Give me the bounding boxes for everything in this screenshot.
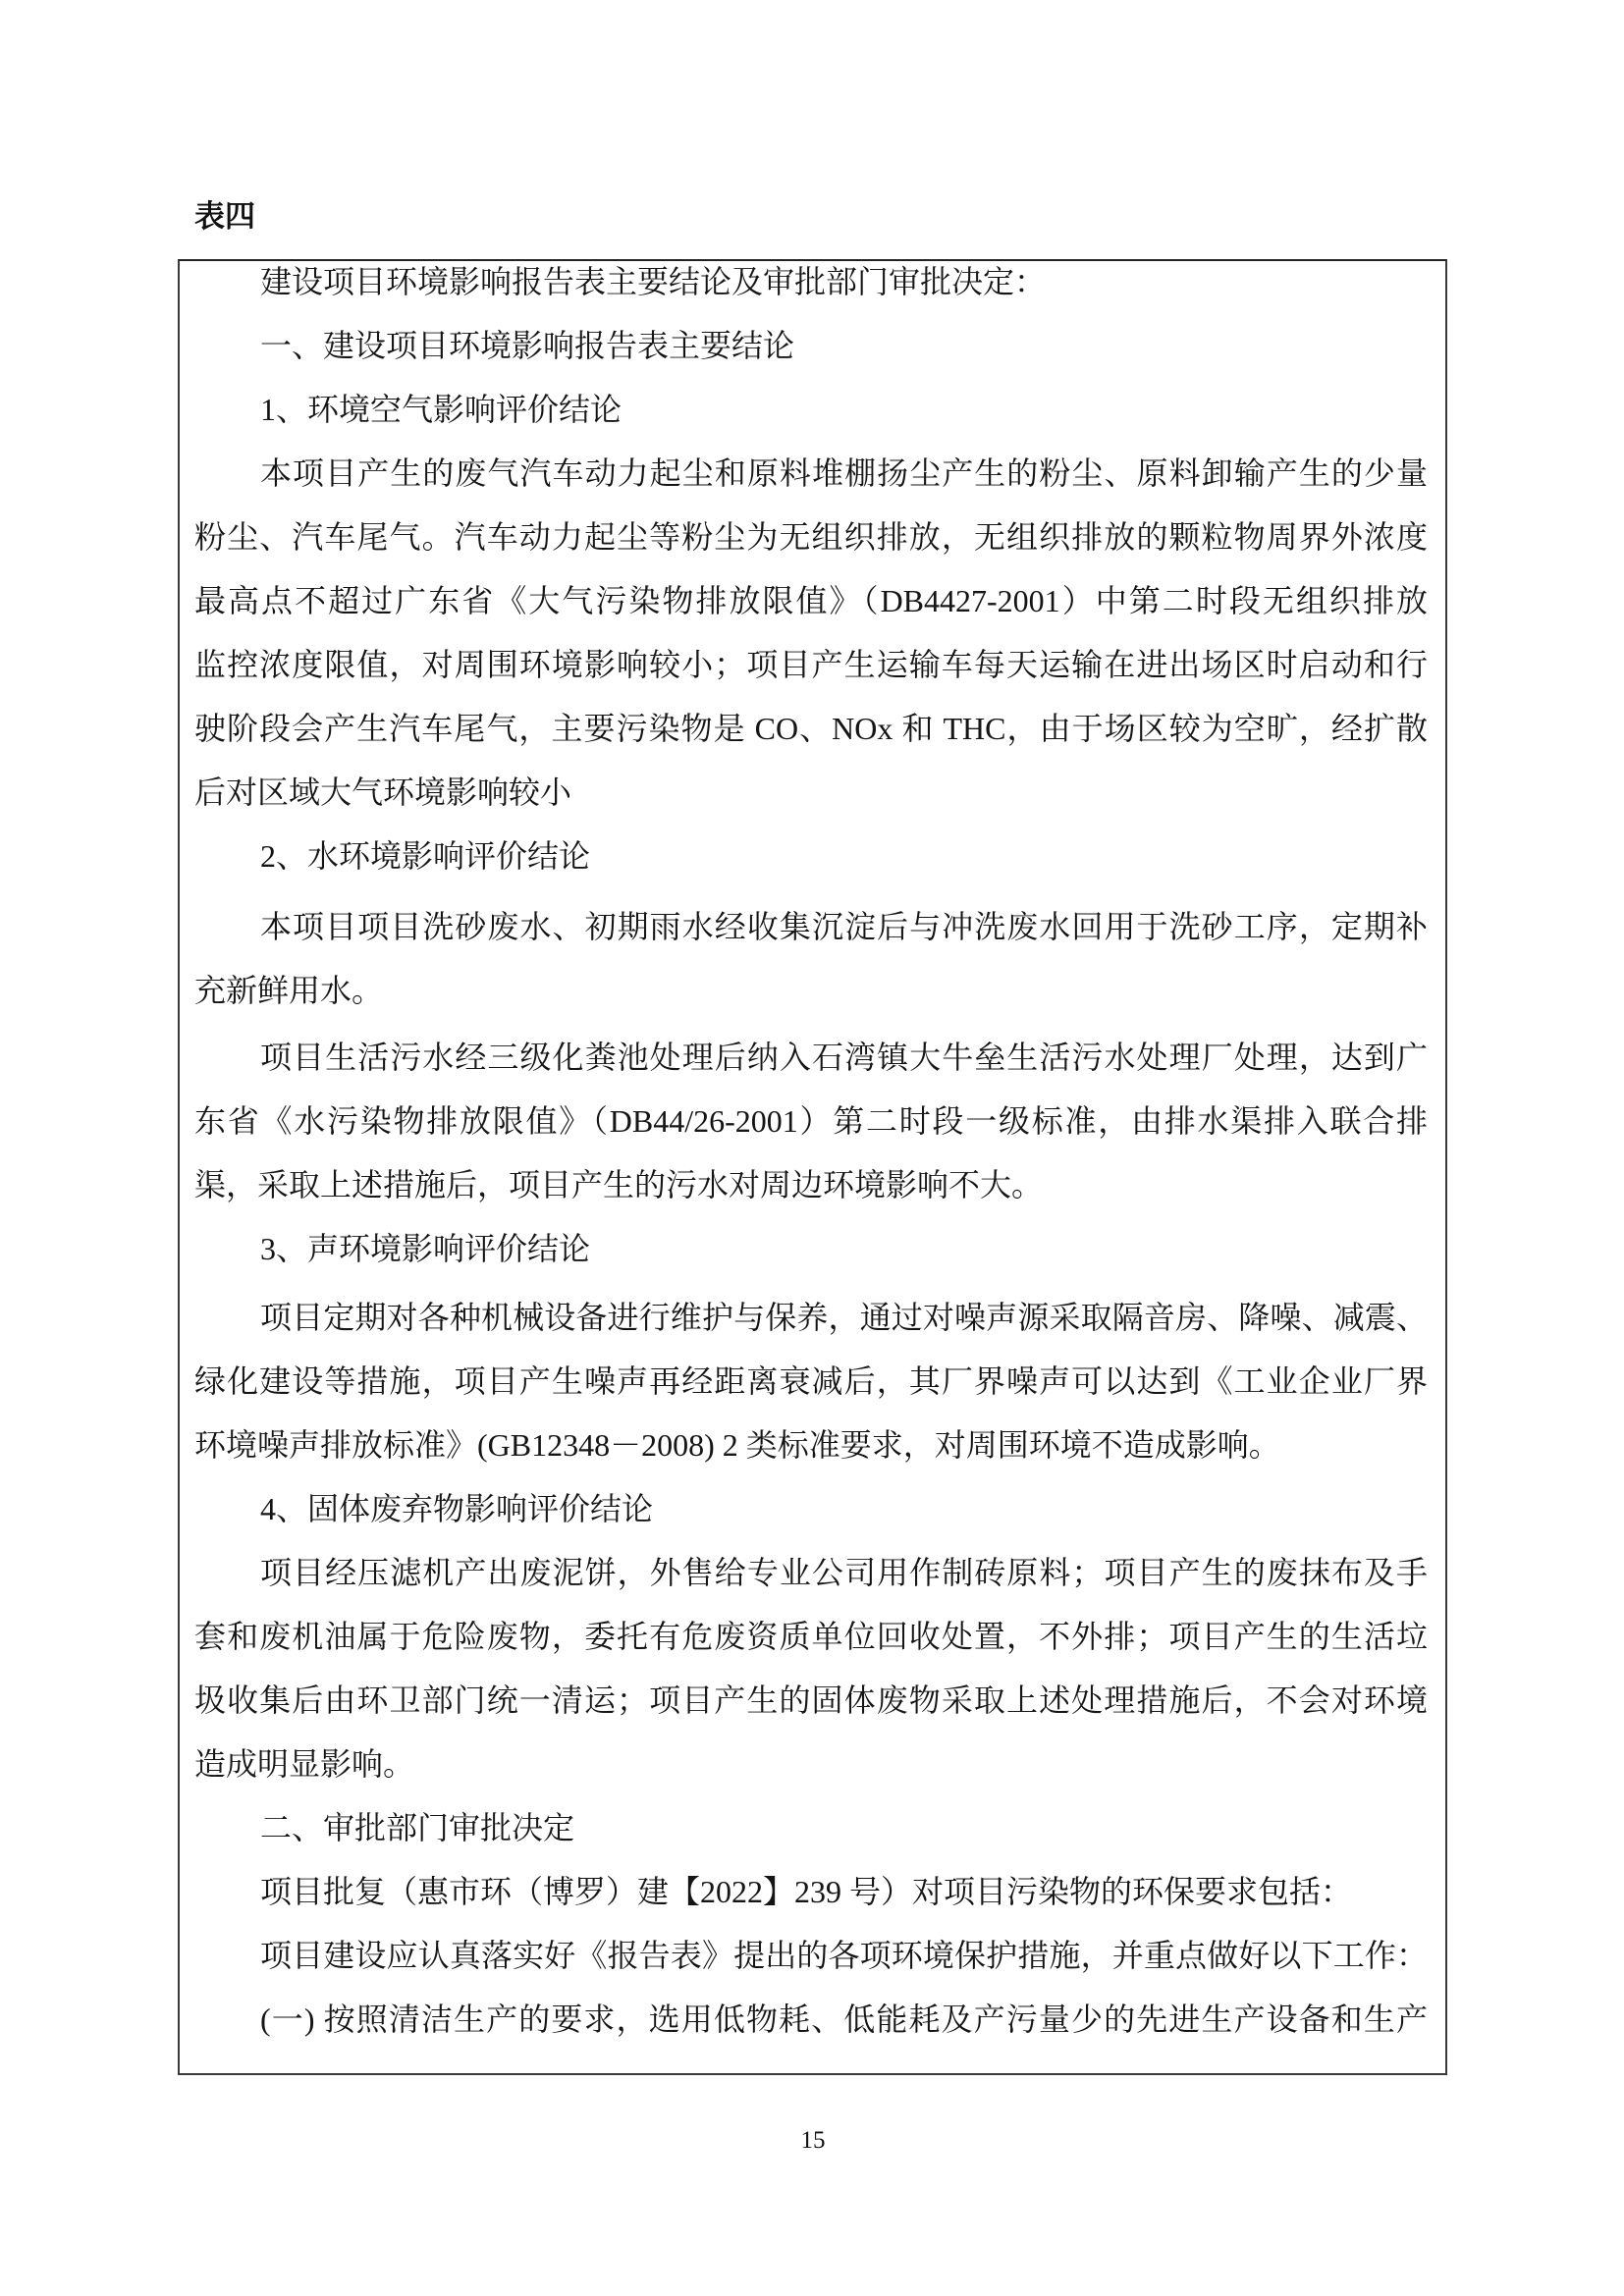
requirement-intro: 项目建设应认真落实好《报告表》提出的各项环境保护措施，并重点做好以下工作： bbox=[194, 1924, 1428, 1988]
requirement-item-1: (一) 按照清洁生产的要求，选用低物耗、低能耗及产污量少的先进生产设备和生产 bbox=[194, 1988, 1428, 2052]
table-heading: 建设项目环境影响报告表主要结论及审批部门审批决定： bbox=[194, 250, 1428, 314]
solid-waste-paragraph-line: 圾收集后由环卫部门统一清运；项目产生的固体废物采取上述处理措施后，不会对环境 bbox=[194, 1669, 1428, 1733]
water-paragraph-2-line: 东省《水污染物排放限值》（DB44/26-2001）第二时段一级标准，由排水渠排… bbox=[194, 1090, 1428, 1153]
water-paragraph-2-line: 渠，采取上述措施后，项目产生的污水对周边环境影响不大。 bbox=[194, 1153, 1428, 1217]
solid-waste-paragraph-line: 套和废机油属于危险废物，委托有危废资质单位回收处置，不外排；项目产生的生活垃 bbox=[194, 1605, 1428, 1669]
air-section-title: 1、环境空气影响评价结论 bbox=[194, 378, 1428, 442]
water-section-title: 2、水环境影响评价结论 bbox=[194, 825, 1428, 888]
air-paragraph-line: 监控浓度限值，对周围环境影响较小；项目产生运输车每天运输在进出场区时启动和行 bbox=[194, 633, 1428, 697]
air-paragraph-line: 粉尘、汽车尾气。汽车动力起尘等粉尘为无组织排放，无组织排放的颗粒物周界外浓度 bbox=[194, 506, 1428, 569]
table-content: 建设项目环境影响报告表主要结论及审批部门审批决定： 一、建设项目环境影响报告表主… bbox=[194, 250, 1428, 2052]
solid-waste-paragraph-line: 项目经压滤机产出废泥饼，外售给专业公司用作制砖原料；项目产生的废抹布及手 bbox=[194, 1541, 1428, 1605]
air-paragraph-line: 驶阶段会产生汽车尾气，主要污染物是 CO、NOx 和 THC，由于场区较为空旷，… bbox=[194, 697, 1428, 761]
part-two-title: 二、审批部门审批决定 bbox=[194, 1796, 1428, 1860]
air-paragraph-line: 后对区域大气环境影响较小 bbox=[194, 761, 1428, 825]
water-paragraph-2-line: 项目生活污水经三级化粪池处理后纳入石湾镇大牛垒生活污水处理厂处理，达到广 bbox=[194, 1026, 1428, 1090]
page-number: 15 bbox=[0, 2126, 1624, 2156]
noise-paragraph-line: 项目定期对各种机械设备进行维护与保养，通过对噪声源采取隔音房、降噪、减震、 bbox=[194, 1286, 1428, 1350]
water-paragraph-1-line: 充新鲜用水。 bbox=[194, 959, 1428, 1023]
part-one-title: 一、建设项目环境影响报告表主要结论 bbox=[194, 314, 1428, 378]
approval-reference: 项目批复（惠市环（博罗）建【2022】239 号）对项目污染物的环保要求包括： bbox=[194, 1860, 1428, 1924]
air-paragraph-line: 本项目产生的废气汽车动力起尘和原料堆棚扬尘产生的粉尘、原料卸输产生的少量 bbox=[194, 442, 1428, 506]
water-paragraph-1-line: 本项目项目洗砂废水、初期雨水经收集沉淀后与冲洗废水回用于洗砂工序，定期补 bbox=[194, 895, 1428, 959]
solid-waste-paragraph-line: 造成明显影响。 bbox=[194, 1733, 1428, 1796]
section-title: 表四 bbox=[194, 199, 255, 235]
noise-paragraph-line: 绿化建设等措施，项目产生噪声再经距离衰减后，其厂界噪声可以达到《工业企业厂界 bbox=[194, 1350, 1428, 1414]
air-paragraph-line: 最高点不超过广东省《大气污染物排放限值》（DB4427-2001）中第二时段无组… bbox=[194, 569, 1428, 633]
solid-waste-section-title: 4、固体废弃物影响评价结论 bbox=[194, 1477, 1428, 1541]
noise-paragraph-line: 环境噪声排放标准》(GB12348－2008) 2 类标准要求，对周围环境不造成… bbox=[194, 1414, 1428, 1477]
noise-section-title: 3、声环境影响评价结论 bbox=[194, 1217, 1428, 1281]
